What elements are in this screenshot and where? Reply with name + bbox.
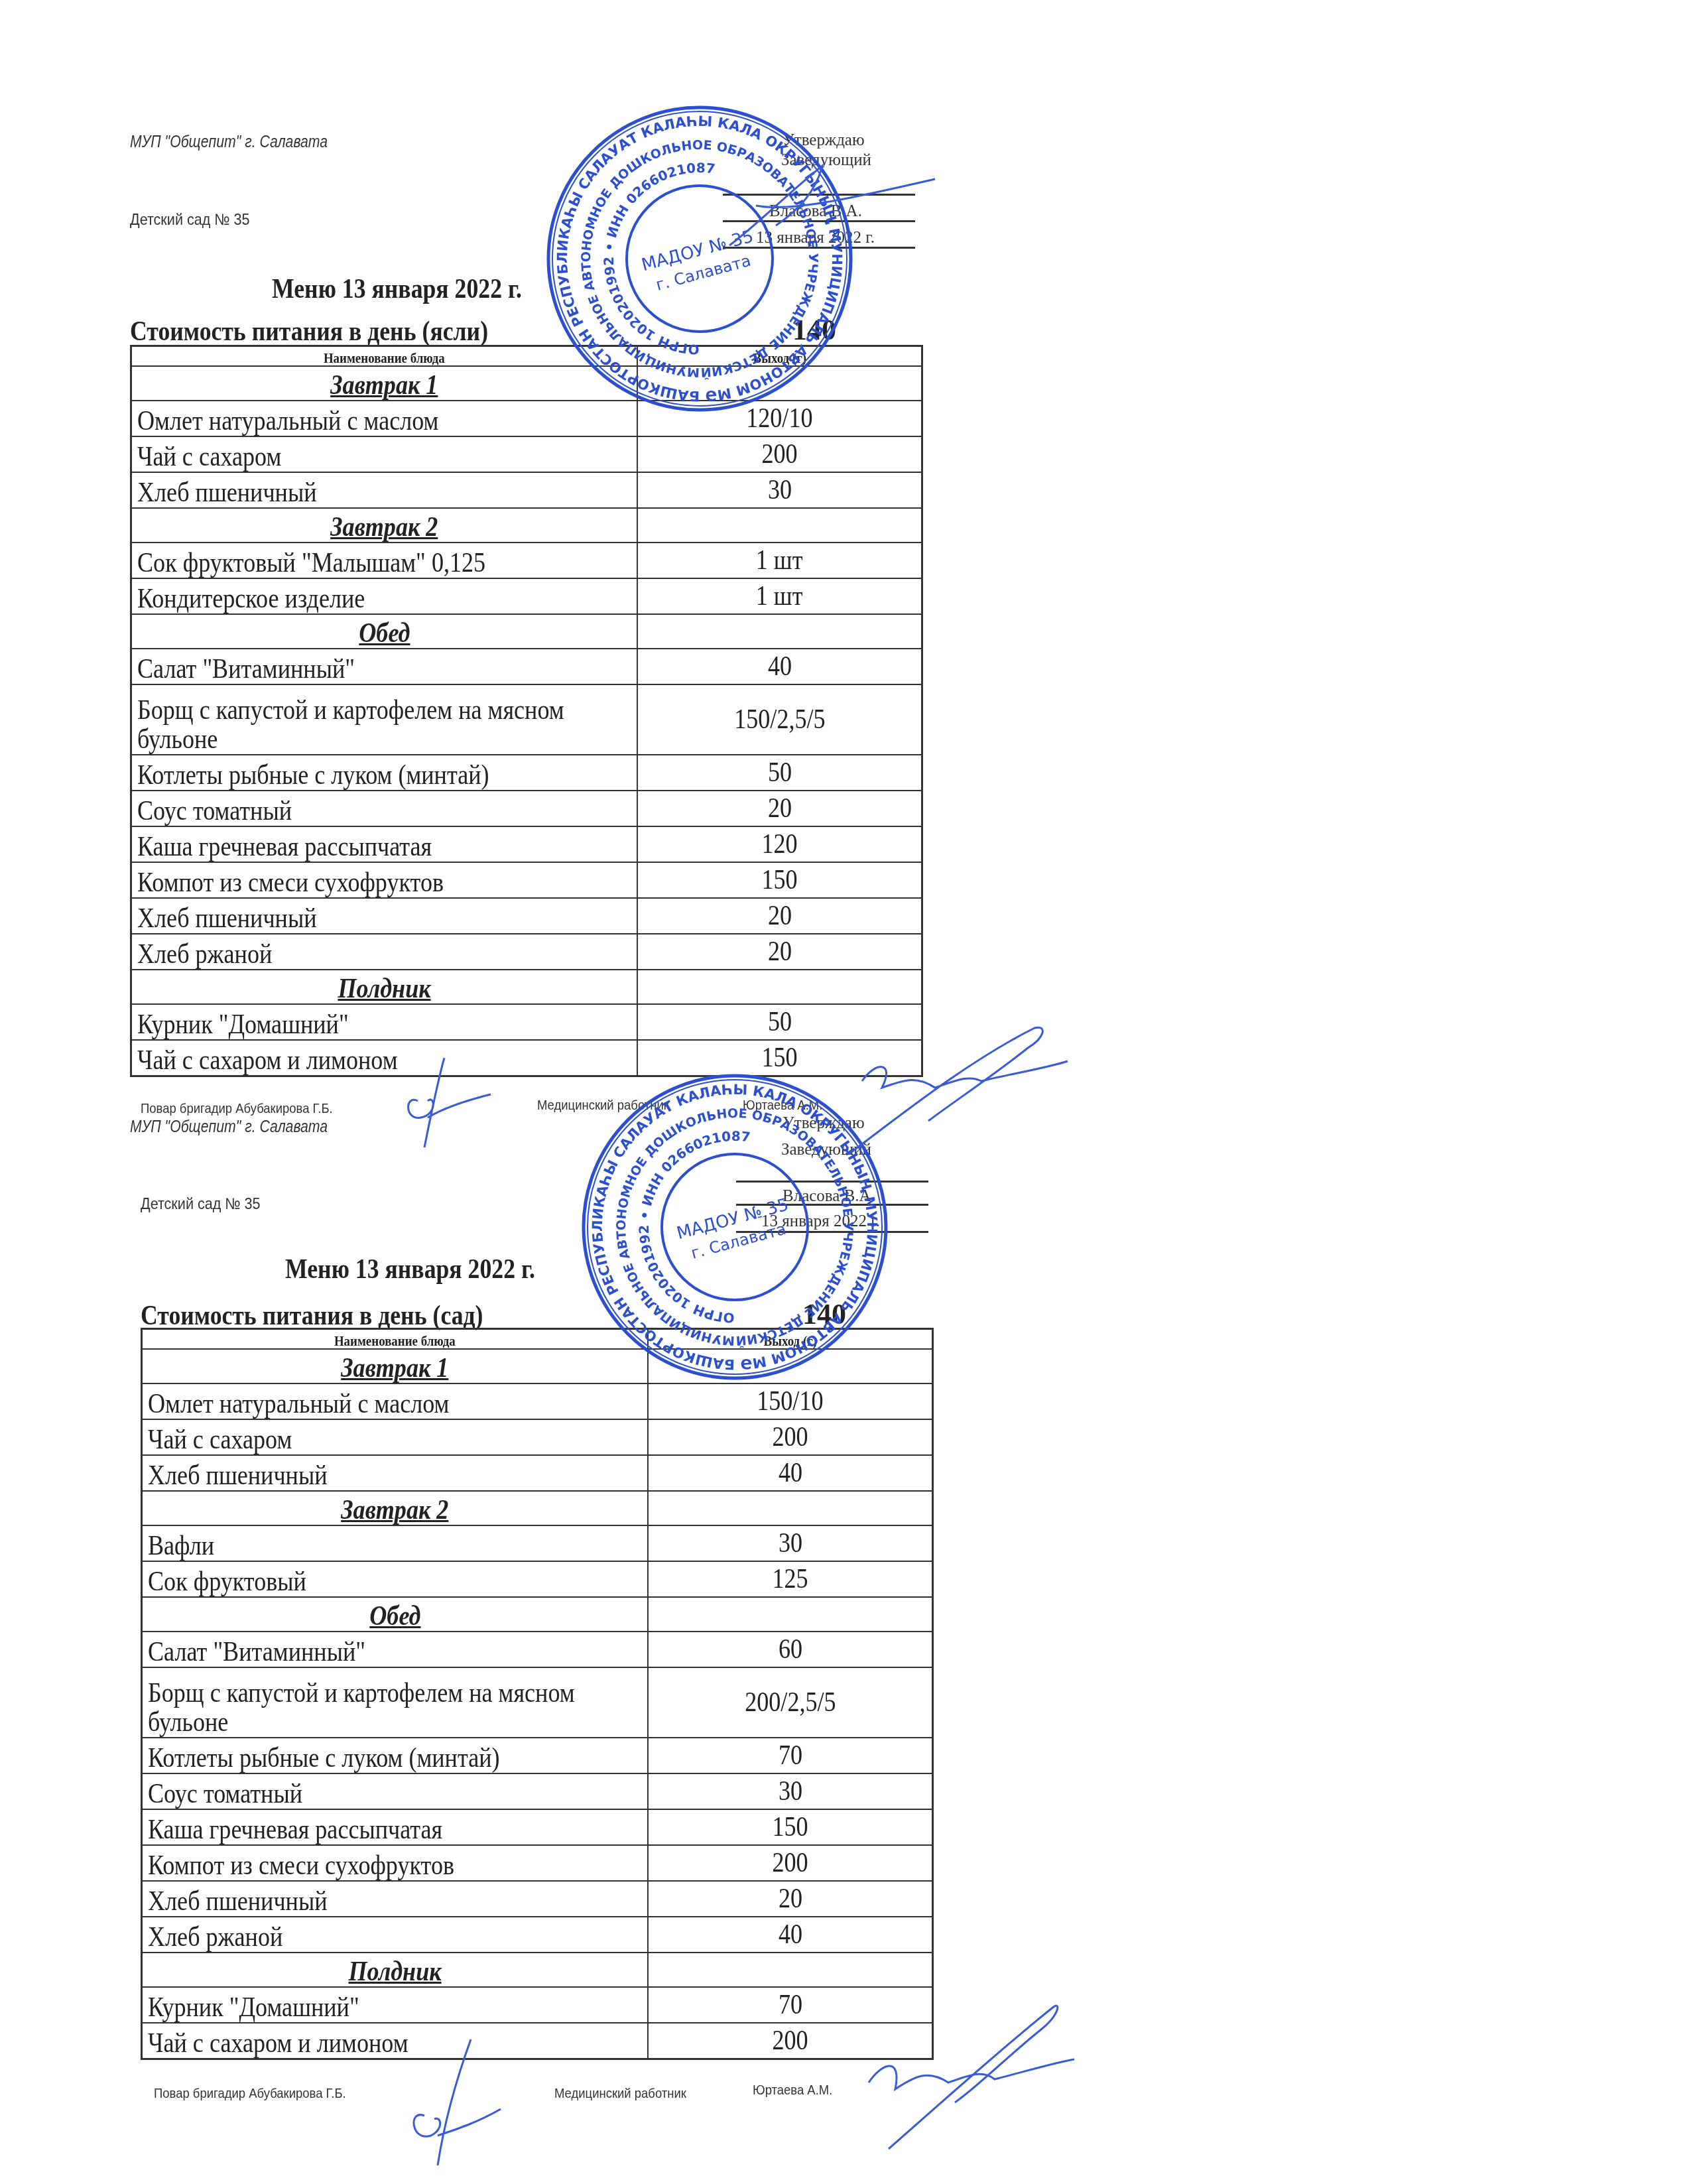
column-header-name: Наименование блюда — [142, 1329, 649, 1350]
dish-name: Хлеб ржаной — [142, 1917, 649, 1953]
dish-yield: 40 — [648, 1455, 932, 1491]
dish-yield: 30 — [648, 1525, 932, 1561]
meal-section-title-text: Полдник — [348, 1957, 441, 1986]
table-row: Хлеб пшеничный30 — [131, 472, 922, 508]
dish-name: Хлеб пшеничный — [142, 1881, 649, 1917]
dish-name-text: Хлеб пшеничный — [137, 904, 316, 933]
director-signature-icon — [716, 153, 955, 252]
dish-name-text: Курник "Домашний" — [137, 1010, 349, 1039]
dish-name: Хлеб пшеничный — [142, 1455, 649, 1491]
official-stamp: БАШКОРТОСТАН РЕСПУБЛИКАҺЫ САЛАУАТ КАЛАҺЫ… — [540, 93, 859, 424]
meal-section-title: Завтрак 2 — [142, 1491, 649, 1525]
dish-yield: 20 — [637, 791, 922, 826]
dish-yield: 20 — [637, 934, 922, 970]
table-row: Вафли30 — [142, 1525, 933, 1561]
dish-yield: 20 — [648, 1881, 932, 1917]
table-row: Хлеб ржаной20 — [131, 934, 922, 970]
organization-name: МУП "Общепит" г. Салавата — [130, 1118, 328, 1137]
dish-name-text: Хлеб ржаной — [137, 940, 272, 969]
meal-section-row: Завтрак 2 — [142, 1491, 933, 1525]
dish-yield-text: 40 — [778, 1920, 802, 1949]
table-row: Борщ с капустой и картофелем на мясном б… — [142, 1667, 933, 1738]
dish-name: Котлеты рыбные с луком (минтай) — [142, 1738, 649, 1773]
dish-name: Компот из смеси сухофруктов — [142, 1845, 649, 1881]
dish-name: Хлеб пшеничный — [131, 472, 638, 508]
cook-signature-icon — [398, 1055, 497, 1154]
dish-yield-text: 70 — [778, 1990, 802, 2020]
dish-name-text: Кондитерское изделие — [137, 584, 365, 613]
meal-section-title-text: Завтрак 2 — [341, 1496, 448, 1525]
dish-name: Соус томатный — [131, 791, 638, 826]
dish-name: Соус томатный — [142, 1773, 649, 1809]
dish-name-text: Хлеб пшеничный — [137, 478, 316, 507]
meal-section-row: Полдник — [142, 1953, 933, 1987]
dish-yield-text: 40 — [778, 1458, 802, 1488]
table-row: Курник "Домашний"70 — [142, 1987, 933, 2023]
cook-signatory: Повар бригадир Абубакирова Г.Б. — [141, 1101, 333, 1117]
dish-yield-text: 1 шт — [756, 582, 803, 611]
medic-label: Медицинский работник — [554, 2086, 686, 2102]
daily-cost-label: Стоимость питания в день (ясли) — [130, 316, 488, 348]
dish-name-text: Котлеты рыбные с луком (минтай) — [148, 1744, 500, 1773]
dish-yield-text: 1 шт — [756, 546, 803, 575]
dish-name-text: Чай с сахаром — [148, 1425, 292, 1454]
meal-section-row: Обед — [131, 614, 922, 649]
dish-yield: 200/2,5/5 — [648, 1667, 932, 1738]
dish-name-text: Хлеб пшеничный — [148, 1887, 327, 1916]
medic-name: Юртаева А.М. — [753, 2083, 832, 2098]
meal-section-title-text: Завтрак 1 — [341, 1354, 448, 1383]
dish-yield-text: 20 — [767, 937, 791, 966]
table-row: Хлеб пшеничный20 — [131, 898, 922, 934]
table-row: Чай с сахаром и лимоном200 — [142, 2023, 933, 2059]
dish-name: Сок фруктовый "Малышам" 0,125 — [131, 543, 638, 578]
meal-section-yield — [648, 1597, 932, 1632]
organization-name: МУП "Общепит" г. Салавата — [130, 133, 328, 152]
dish-name-text: Соус томатный — [137, 797, 292, 826]
table-row: Хлеб ржаной40 — [142, 1917, 933, 1953]
dish-name: Каша гречневая рассыпчатая — [142, 1809, 649, 1845]
dish-name: Омлет натуральный с маслом — [142, 1383, 649, 1419]
dish-yield: 70 — [648, 1738, 932, 1773]
meal-section-title: Обед — [131, 614, 638, 649]
meal-section-title: Завтрак 1 — [142, 1349, 649, 1383]
menu-title: Меню 13 января 2022 г. — [285, 1253, 535, 1285]
meal-section-row: Завтрак 2 — [131, 508, 922, 543]
dish-yield-text: 120 — [761, 830, 797, 859]
meal-section-title-text: Полдник — [338, 974, 430, 1003]
dish-yield: 200 — [648, 1845, 932, 1881]
dish-name-text: Котлеты рыбные с луком (минтай) — [137, 761, 489, 790]
meal-section-title-text: Завтрак 1 — [330, 371, 438, 400]
dish-yield-text: 200 — [761, 440, 797, 469]
dish-name: Котлеты рыбные с луком (минтай) — [131, 755, 638, 791]
dish-yield-text: 200 — [772, 2026, 808, 2055]
meal-section-title-text: Завтрак 2 — [330, 513, 438, 542]
dish-name-text: Чай с сахаром — [137, 442, 281, 472]
table-row: Компот из смеси сухофруктов150 — [131, 862, 922, 898]
dish-yield: 50 — [637, 755, 922, 791]
dish-name: Чай с сахаром и лимоном — [131, 1040, 638, 1076]
dish-yield-text: 50 — [767, 758, 791, 787]
dish-yield-text: 30 — [778, 1777, 802, 1806]
meal-section-yield — [637, 970, 922, 1004]
dish-yield-text: 200 — [772, 1848, 808, 1878]
dish-name-text: Курник "Домашний" — [148, 1993, 359, 2022]
table-row: Хлеб пшеничный40 — [142, 1455, 933, 1491]
dish-yield-text: 60 — [778, 1635, 802, 1664]
dish-yield: 125 — [648, 1561, 932, 1597]
table-row: Котлеты рыбные с луком (минтай)70 — [142, 1738, 933, 1773]
dish-name: Чай с сахаром — [142, 1419, 649, 1455]
dish-yield-text: 125 — [772, 1565, 808, 1594]
dish-name: Курник "Домашний" — [142, 1987, 649, 2023]
table-row: Компот из смеси сухофруктов200 — [142, 1845, 933, 1881]
dish-name-text: Компот из смеси сухофруктов — [137, 868, 444, 897]
table-row: Сок фруктовый125 — [142, 1561, 933, 1597]
meal-section-title-text: Обед — [359, 619, 410, 648]
cook-signature-icon — [405, 2036, 504, 2169]
dish-yield-text: 30 — [778, 1529, 802, 1558]
dish-name-text: Чай с сахаром и лимоном — [148, 2029, 408, 2058]
dish-yield-text: 40 — [767, 652, 791, 681]
column-header-name-text: Наименование блюда — [324, 350, 445, 365]
dish-yield-text: 150/2,5/5 — [734, 705, 825, 734]
table-row: Борщ с капустой и картофелем на мясном б… — [131, 684, 922, 755]
dish-name-text: Салат "Витаминный" — [137, 655, 355, 684]
dish-name-text: Соус томатный — [148, 1779, 302, 1809]
dish-yield: 150/2,5/5 — [637, 684, 922, 755]
meal-section-title: Обед — [142, 1597, 649, 1632]
dish-yield-text: 50 — [767, 1007, 791, 1037]
meal-section-title: Полдник — [131, 970, 638, 1004]
meal-section-yield — [648, 1491, 932, 1525]
dish-name-text: Компот из смеси сухофруктов — [148, 1851, 454, 1880]
daily-cost-label: Стоимость питания в день (сад) — [141, 1300, 483, 1332]
table-row: Кондитерское изделие1 шт — [131, 578, 922, 614]
medic-signature-icon — [862, 1990, 1081, 2155]
dish-name-text: Вафли — [148, 1531, 214, 1561]
dish-yield: 1 шт — [637, 578, 922, 614]
dish-yield: 40 — [648, 1917, 932, 1953]
table-row: Курник "Домашний"50 — [131, 1004, 922, 1040]
dish-name: Курник "Домашний" — [131, 1004, 638, 1040]
dish-yield: 200 — [637, 436, 922, 472]
dish-name: Хлеб пшеничный — [131, 898, 638, 934]
dish-yield-text: 200/2,5/5 — [745, 1688, 836, 1717]
dish-yield-text: 20 — [778, 1884, 802, 1913]
dish-yield-text: 20 — [767, 794, 791, 823]
dish-yield-text: 20 — [767, 901, 791, 931]
dish-name-text: Хлеб ржаной — [148, 1923, 282, 1952]
dish-name: Борщ с капустой и картофелем на мясном б… — [142, 1667, 649, 1738]
menu-title: Меню 13 января 2022 г. — [272, 273, 522, 305]
dish-yield: 30 — [637, 472, 922, 508]
dish-yield: 150 — [637, 862, 922, 898]
dish-name-text: Сок фруктовый — [148, 1567, 306, 1596]
meal-section-title: Завтрак 2 — [131, 508, 638, 543]
dish-name: Салат "Витаминный" — [142, 1632, 649, 1667]
dish-yield-text: 30 — [767, 476, 791, 505]
table-row: Чай с сахаром200 — [142, 1419, 933, 1455]
dish-name: Вафли — [142, 1525, 649, 1561]
dish-name: Сок фруктовый — [142, 1561, 649, 1597]
dish-name: Борщ с капустой и картофелем на мясном б… — [131, 684, 638, 755]
dish-yield-text: 150 — [772, 1813, 808, 1842]
kindergarten-name: Детский сад № 35 — [130, 211, 250, 229]
dish-name-text: Борщ с капустой и картофелем на мясном б… — [137, 696, 613, 754]
meal-section-row: Обед — [142, 1597, 933, 1632]
table-row: Каша гречневая рассыпчатая150 — [142, 1809, 933, 1845]
column-header-name-text: Наименование блюда — [334, 1333, 456, 1348]
dish-yield: 120 — [637, 826, 922, 862]
dish-name-text: Борщ с капустой и картофелем на мясном б… — [148, 1679, 624, 1737]
dish-yield: 40 — [637, 649, 922, 684]
dish-name-text: Сок фруктовый "Малышам" 0,125 — [137, 548, 485, 578]
dish-yield: 1 шт — [637, 543, 922, 578]
dish-name-text: Салат "Витаминный" — [148, 1638, 365, 1667]
dish-name: Хлеб ржаной — [131, 934, 638, 970]
table-row: Соус томатный30 — [142, 1773, 933, 1809]
kindergarten-name: Детский сад № 35 — [141, 1195, 261, 1214]
dish-yield-text: 70 — [778, 1741, 802, 1770]
meal-section-yield — [637, 614, 922, 649]
table-row: Салат "Витаминный"60 — [142, 1632, 933, 1667]
meal-section-title-text: Обед — [369, 1602, 420, 1631]
table-row: Соус томатный20 — [131, 791, 922, 826]
dish-yield: 30 — [648, 1773, 932, 1809]
dish-name: Кондитерское изделие — [131, 578, 638, 614]
meal-section-row: Полдник — [131, 970, 922, 1004]
dish-yield: 20 — [637, 898, 922, 934]
menu-table: Наименование блюдаВыход (г)Завтрак 1Омле… — [130, 345, 923, 1077]
table-row: Чай с сахаром200 — [131, 436, 922, 472]
dish-name-text: Каша гречневая рассыпчатая — [137, 832, 432, 862]
dish-name: Каша гречневая рассыпчатая — [131, 826, 638, 862]
meal-section-title: Полдник — [142, 1953, 649, 1987]
cook-signatory: Повар бригадир Абубакирова Г.Б. — [154, 2086, 346, 2102]
dish-name-text: Каша гречневая рассыпчатая — [148, 1815, 442, 1844]
meal-section-yield — [637, 508, 922, 543]
table-row: Котлеты рыбные с луком (минтай)50 — [131, 755, 922, 791]
dish-yield-text: 200 — [772, 1423, 808, 1452]
dish-name: Чай с сахаром и лимоном — [142, 2023, 649, 2059]
dish-name: Чай с сахаром — [131, 436, 638, 472]
dish-yield: 60 — [648, 1632, 932, 1667]
table-row: Каша гречневая рассыпчатая120 — [131, 826, 922, 862]
meal-section-yield — [648, 1953, 932, 1987]
menu-table: Наименование блюдаВыход (г)Завтрак 1Омле… — [141, 1328, 934, 2060]
dish-yield: 200 — [648, 1419, 932, 1455]
dish-yield: 150 — [648, 1809, 932, 1845]
dish-name-text: Омлет натуральный с маслом — [148, 1389, 449, 1419]
dish-yield-text: 150 — [761, 866, 797, 895]
table-row: Сок фруктовый "Малышам" 0,1251 шт — [131, 543, 922, 578]
dish-name: Салат "Витаминный" — [131, 649, 638, 684]
dish-name-text: Чай с сахаром и лимоном — [137, 1046, 398, 1075]
dish-name: Компот из смеси сухофруктов — [131, 862, 638, 898]
table-row: Хлеб пшеничный20 — [142, 1881, 933, 1917]
dish-name-text: Хлеб пшеничный — [148, 1461, 327, 1490]
table-row: Салат "Витаминный"40 — [131, 649, 922, 684]
medic-signature-icon — [836, 1008, 1074, 1161]
dish-name-text: Омлет натуральный с маслом — [137, 407, 438, 436]
